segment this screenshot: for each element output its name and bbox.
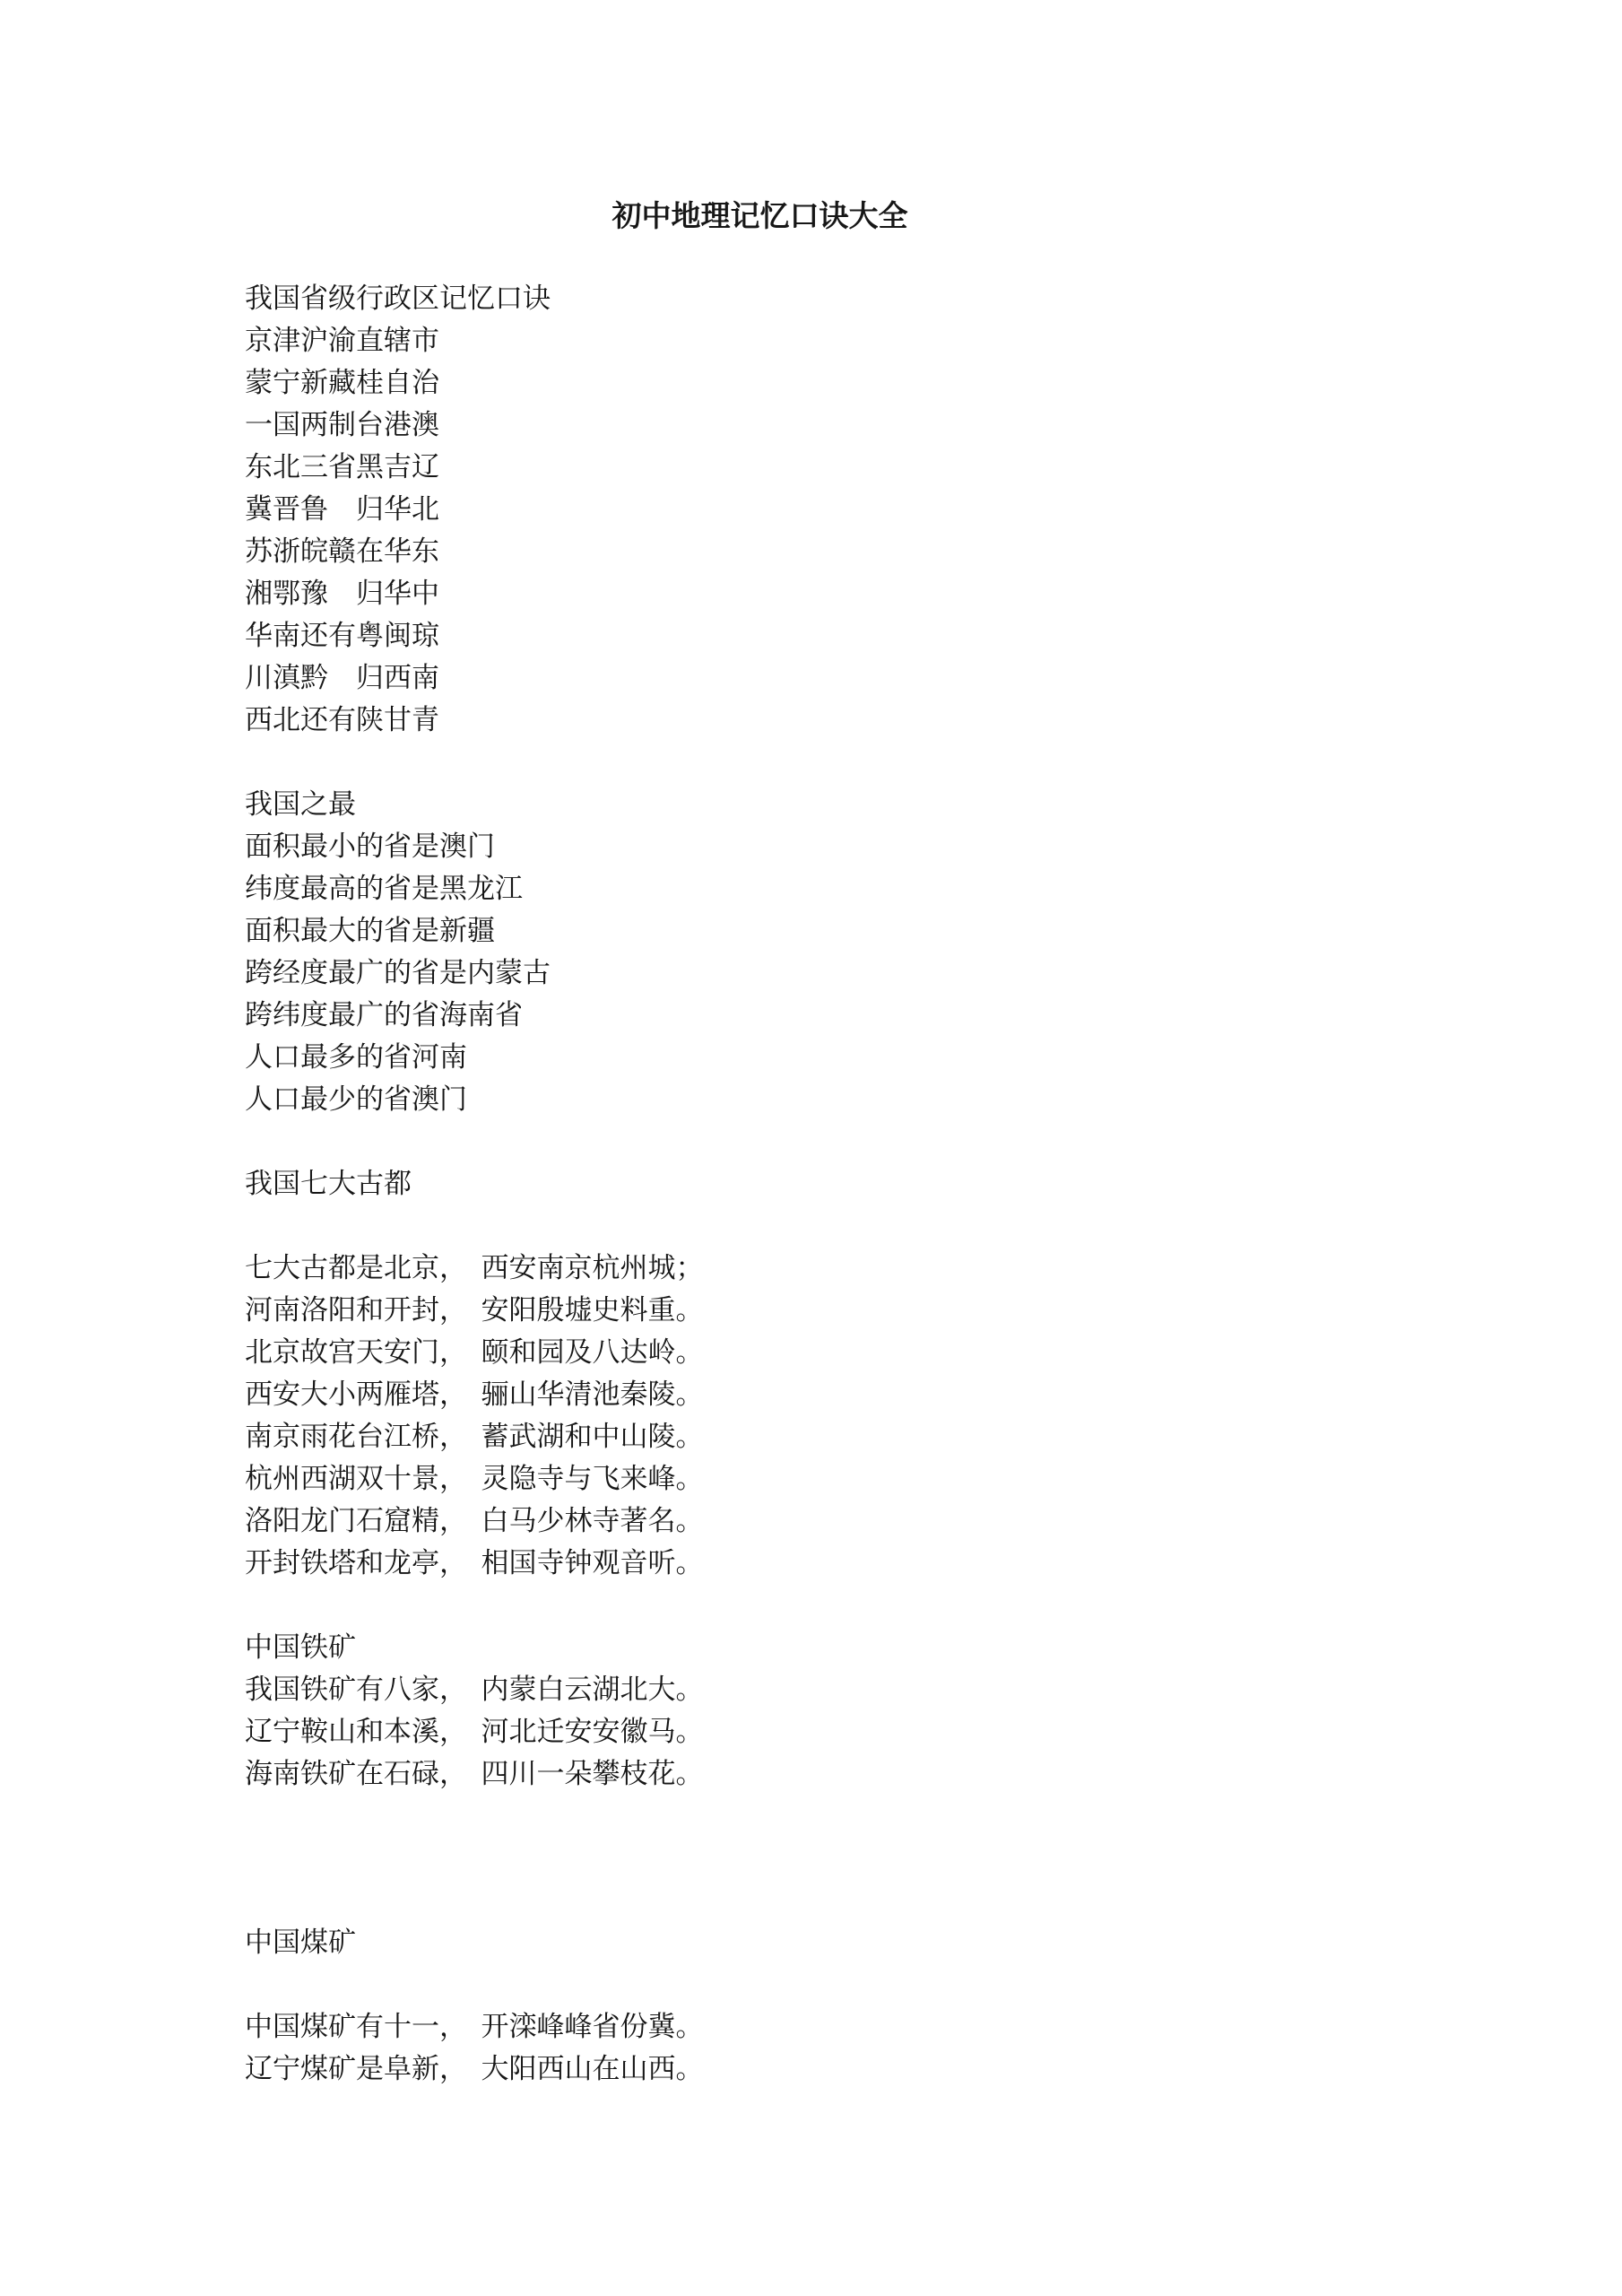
- verse-line: 面积最大的省是新疆: [245, 910, 1586, 952]
- blank-line: [245, 1205, 1586, 1248]
- verse-line: 跨纬度最广的省海南省: [245, 995, 1586, 1037]
- verse-line: 中国煤矿有十一， 开滦峰峰省份冀。: [245, 2006, 1586, 2048]
- section-heading: 中国煤矿: [245, 1922, 1586, 1964]
- verse-line: 纬度最高的省是黑龙江: [245, 868, 1586, 910]
- verse-line: 湘鄂豫 归华中: [245, 573, 1586, 615]
- section-heading: 我国省级行政区记忆口诀: [245, 278, 1586, 320]
- blank-line: [245, 1964, 1586, 2006]
- verse-line: 华南还有粤闽琼: [245, 615, 1586, 657]
- blank-line: [245, 1585, 1586, 1627]
- verse-line: 面积最小的省是澳门: [245, 826, 1586, 868]
- verse-line: 辽宁鞍山和本溪， 河北迁安安徽马。: [245, 1711, 1586, 1753]
- blank-line: [245, 1838, 1586, 1880]
- verse-line: 七大古都是北京， 西安南京杭州城；: [245, 1248, 1586, 1290]
- blank-line: [245, 1880, 1586, 1922]
- section-heading: 中国铁矿: [245, 1627, 1586, 1669]
- verse-line: 人口最多的省河南: [245, 1037, 1586, 1079]
- verse-line: 河南洛阳和开封， 安阳殷墟史料重。: [245, 1290, 1586, 1332]
- verse-line: 杭州西湖双十景， 灵隐寺与飞来峰。: [245, 1458, 1586, 1500]
- verse-line: 辽宁煤矿是阜新， 大阳西山在山西。: [245, 2048, 1586, 2091]
- verse-line: 跨经度最广的省是内蒙古: [245, 952, 1586, 995]
- document-page: 初中地理记忆口诀大全 我国省级行政区记忆口诀 京津沪渝直辖市 蒙宁新藏桂自治 一…: [0, 0, 1622, 2296]
- verse-line: 苏浙皖赣在华东: [245, 531, 1586, 573]
- verse-line: 东北三省黑吉辽: [245, 447, 1586, 489]
- verse-line: 京津沪渝直辖市: [245, 320, 1586, 362]
- document-title: 初中地理记忆口诀大全: [0, 195, 1571, 237]
- verse-line: 南京雨花台江桥， 蓄武湖和中山陵。: [245, 1416, 1586, 1458]
- blank-line: [245, 742, 1586, 784]
- verse-line: 洛阳龙门石窟精， 白马少林寺著名。: [245, 1500, 1586, 1543]
- verse-line: 北京故宫天安门， 颐和园及八达岭。: [245, 1332, 1586, 1374]
- verse-line: 我国铁矿有八家， 内蒙白云湖北大。: [245, 1669, 1586, 1711]
- verse-line: 蒙宁新藏桂自治: [245, 362, 1586, 404]
- verse-line: 一国两制台港澳: [245, 404, 1586, 447]
- blank-line: [245, 1796, 1586, 1838]
- document-body: 我国省级行政区记忆口诀 京津沪渝直辖市 蒙宁新藏桂自治 一国两制台港澳 东北三省…: [245, 278, 1586, 2091]
- section-heading: 我国七大古都: [245, 1163, 1586, 1205]
- verse-line: 开封铁塔和龙亭， 相国寺钟观音听。: [245, 1543, 1586, 1585]
- verse-line: 川滇黔 归西南: [245, 657, 1586, 700]
- blank-line: [245, 1121, 1586, 1163]
- section-heading: 我国之最: [245, 784, 1586, 826]
- verse-line: 人口最少的省澳门: [245, 1079, 1586, 1121]
- verse-line: 海南铁矿在石碌， 四川一朵攀枝花。: [245, 1753, 1586, 1796]
- verse-line: 冀晋鲁 归华北: [245, 489, 1586, 531]
- verse-line: 西安大小两雁塔， 骊山华清池秦陵。: [245, 1374, 1586, 1416]
- verse-line: 西北还有陕甘青: [245, 700, 1586, 742]
